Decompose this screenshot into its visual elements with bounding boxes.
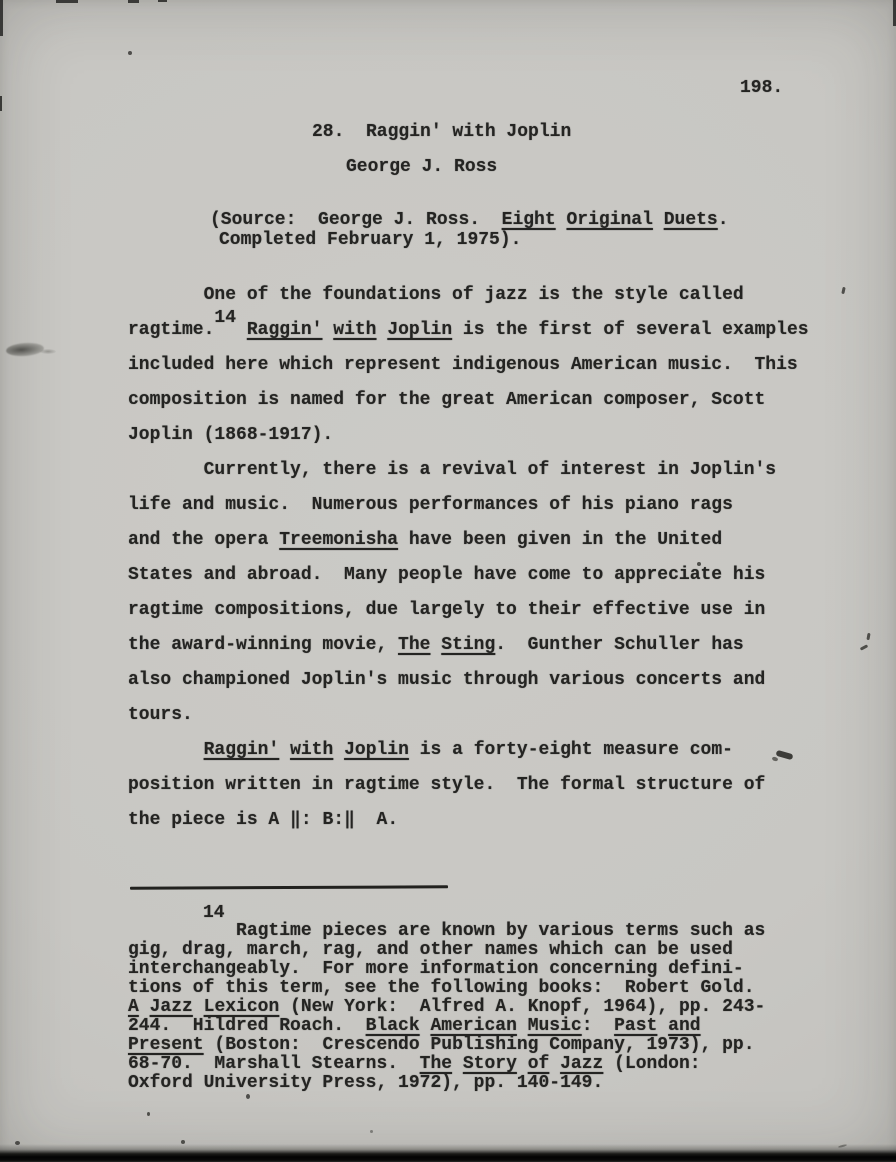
- underlined-text: Present: [128, 1035, 204, 1055]
- scan-smudge: [6, 342, 45, 358]
- footnote-line: A Jazz Lexicon (New York: Alfred A. Knop…: [128, 997, 765, 1017]
- scan-speck: [600, 222, 603, 225]
- underlined-text: Sting: [441, 635, 495, 655]
- footnote-line: interchangeably. For more information co…: [128, 959, 744, 979]
- underlined-text: Duets: [664, 210, 718, 230]
- source-line-2: Completed February 1, 1975).: [219, 230, 521, 250]
- footnote-line: Present (Boston: Crescendo Publishing Co…: [128, 1035, 755, 1055]
- underlined-text: Raggin': [204, 740, 280, 760]
- scan-speck: [860, 644, 868, 650]
- scan-speck: [866, 633, 870, 640]
- body-line: States and abroad. Many people have come…: [128, 565, 765, 585]
- footnote-reference: 14: [214, 308, 236, 328]
- underlined-text: Original: [566, 210, 652, 230]
- scan-pen-mark: [772, 756, 779, 761]
- footnote-line: Oxford University Press, 1972), pp. 140-…: [128, 1073, 603, 1093]
- underlined-text: with: [290, 740, 333, 760]
- body-line: ragtime compositions, due largely to the…: [128, 600, 765, 620]
- scan-edge-mark: [0, 0, 3, 36]
- scan-speck: [370, 1130, 373, 1133]
- page-number: 198.: [740, 78, 783, 98]
- scan-speck: [841, 287, 845, 294]
- scan-speck: [147, 1112, 150, 1116]
- underlined-text: Lexicon: [204, 997, 280, 1017]
- underlined-text: American: [430, 1016, 516, 1036]
- underlined-text: The: [420, 1054, 452, 1074]
- footnote-line: Ragtime pieces are known by various term…: [128, 921, 765, 941]
- underlined-text: Music: [528, 1016, 582, 1036]
- scan-speck: [246, 1094, 250, 1099]
- scan-speck: [128, 51, 132, 55]
- footnote-divider-rule: [130, 885, 448, 889]
- underlined-text: Eight: [502, 210, 556, 230]
- scan-smudge: [40, 349, 56, 354]
- body-line: also championed Joplin's music through v…: [128, 670, 765, 690]
- underlined-text: Story: [463, 1054, 517, 1074]
- body-line: Currently, there is a revival of interes…: [128, 460, 776, 480]
- scan-edge-mark: [158, 0, 167, 2]
- scan-bottom-edge: [0, 1144, 896, 1162]
- scan-speck: [697, 562, 701, 566]
- source-line-1: (Source: George J. Ross. Eight Original …: [210, 210, 729, 230]
- piece-author: George J. Ross: [346, 157, 497, 177]
- footnote-line: 244. Hildred Roach. Black American Music…: [128, 1016, 701, 1036]
- footnote-line: 68-70. Marshall Stearns. The Story of Ja…: [128, 1054, 701, 1074]
- underlined-text: Treemonisha: [279, 530, 398, 550]
- underlined-text: A: [128, 997, 139, 1017]
- scan-edge-mark: [128, 0, 139, 3]
- underlined-text: Joplin: [344, 740, 409, 760]
- body-line: Joplin (1868-1917).: [128, 425, 333, 445]
- underlined-text: Joplin: [387, 320, 452, 340]
- footnote-line: gig, drag, march, rag, and other names w…: [128, 940, 733, 960]
- body-line: ragtime.14 Raggin' with Joplin is the fi…: [128, 320, 809, 340]
- body-line: position written in ragtime style. The f…: [128, 775, 765, 795]
- scan-edge-mark: [56, 0, 78, 3]
- body-line: and the opera Treemonisha have been give…: [128, 530, 722, 550]
- body-line: composition is named for the great Ameri…: [128, 390, 765, 410]
- body-line: life and music. Numerous performances of…: [128, 495, 733, 515]
- scan-edge-mark: [0, 96, 2, 111]
- underlined-text: Raggin': [247, 320, 323, 340]
- underlined-text: Past: [614, 1016, 657, 1036]
- underlined-text: The: [398, 635, 430, 655]
- underlined-text: and: [668, 1016, 700, 1036]
- body-line: Raggin' with Joplin is a forty-eight mea…: [128, 740, 733, 760]
- piece-title: 28. Raggin' with Joplin: [312, 122, 571, 142]
- footnote-line: tions of this term, see the following bo…: [128, 978, 755, 998]
- body-line: the piece is A ‖: B:‖ A.: [128, 810, 398, 830]
- underlined-text: Jazz: [150, 997, 193, 1017]
- footnote-number: 14: [203, 903, 225, 923]
- underlined-text: with: [333, 320, 376, 340]
- body-line: tours.: [128, 705, 193, 725]
- underlined-text: Black: [366, 1016, 420, 1036]
- body-line: One of the foundations of jazz is the st…: [128, 285, 744, 305]
- scanned-document-page: 198.28. Raggin' with JoplinGeorge J. Ros…: [0, 0, 896, 1162]
- body-line: the award-winning movie, The Sting. Gunt…: [128, 635, 744, 655]
- underlined-text: of: [528, 1054, 550, 1074]
- underlined-text: Jazz: [560, 1054, 603, 1074]
- body-line: included here which represent indigenous…: [128, 355, 798, 375]
